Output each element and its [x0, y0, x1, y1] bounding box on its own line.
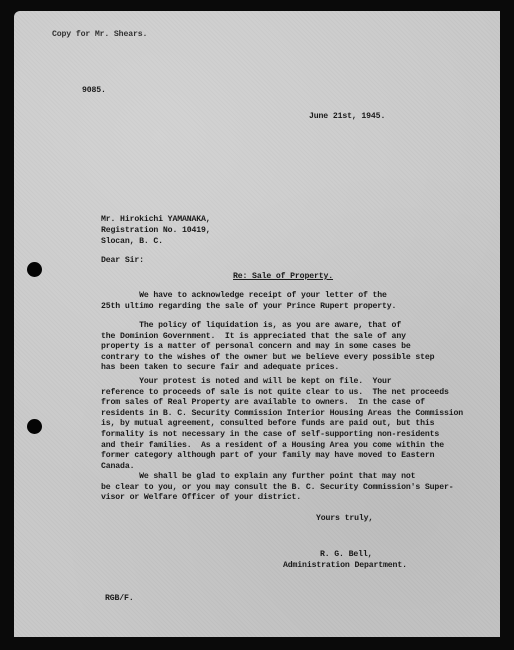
- body-line: reference to proceeds of sale is not qui…: [101, 388, 449, 399]
- body-line: property is a matter of personal concern…: [101, 342, 411, 353]
- signature-title: Administration Department.: [283, 561, 407, 572]
- copy-note: Copy for Mr. Shears.: [52, 30, 147, 41]
- body-line: and their families. As a resident of a H…: [101, 441, 444, 452]
- reference-initials: RGB/F.: [105, 594, 134, 605]
- recipient-line: Mr. Hirokichi YAMANAKA,: [101, 215, 211, 226]
- recipient-line: Registration No. 10419,: [101, 226, 211, 237]
- salutation: Dear Sir:: [101, 256, 144, 267]
- letter-date: June 21st, 1945.: [309, 112, 385, 123]
- punch-hole-top: [27, 262, 42, 277]
- body-line: has been taken to secure fair and adequa…: [101, 363, 339, 374]
- body-line: contrary to the wishes of the owner but …: [101, 353, 434, 364]
- body-line: residents in B. C. Security Commission I…: [101, 409, 463, 420]
- body-line: the Dominion Government. It is appreciat…: [101, 332, 406, 343]
- body-line: visor or Welfare Officer of your distric…: [101, 493, 301, 504]
- body-line: We shall be glad to explain any further …: [101, 472, 415, 483]
- punch-hole-bottom: [27, 419, 42, 434]
- recipient-line: Slocan, B. C.: [101, 237, 163, 248]
- body-line: is, by mutual agreement, consulted befor…: [101, 419, 434, 430]
- subject-line: Re: Sale of Property.: [233, 272, 333, 283]
- file-number: 9085.: [82, 86, 106, 97]
- body-line: be clear to you, or you may consult the …: [101, 483, 454, 494]
- body-line: 25th ultimo regarding the sale of your P…: [101, 302, 396, 313]
- body-line: We have to acknowledge receipt of your l…: [101, 291, 387, 302]
- body-line: Your protest is noted and will be kept o…: [101, 377, 392, 388]
- signature-name: R. G. Bell,: [320, 550, 372, 561]
- body-line: formality is not necessary in the case o…: [101, 430, 439, 441]
- body-line: Canada.: [101, 462, 134, 473]
- body-line: from sales of Real Property are availabl…: [101, 398, 425, 409]
- body-line: former category although part of your fa…: [101, 451, 434, 462]
- body-line: The policy of liquidation is, as you are…: [101, 321, 401, 332]
- closing: Yours truly,: [316, 514, 373, 525]
